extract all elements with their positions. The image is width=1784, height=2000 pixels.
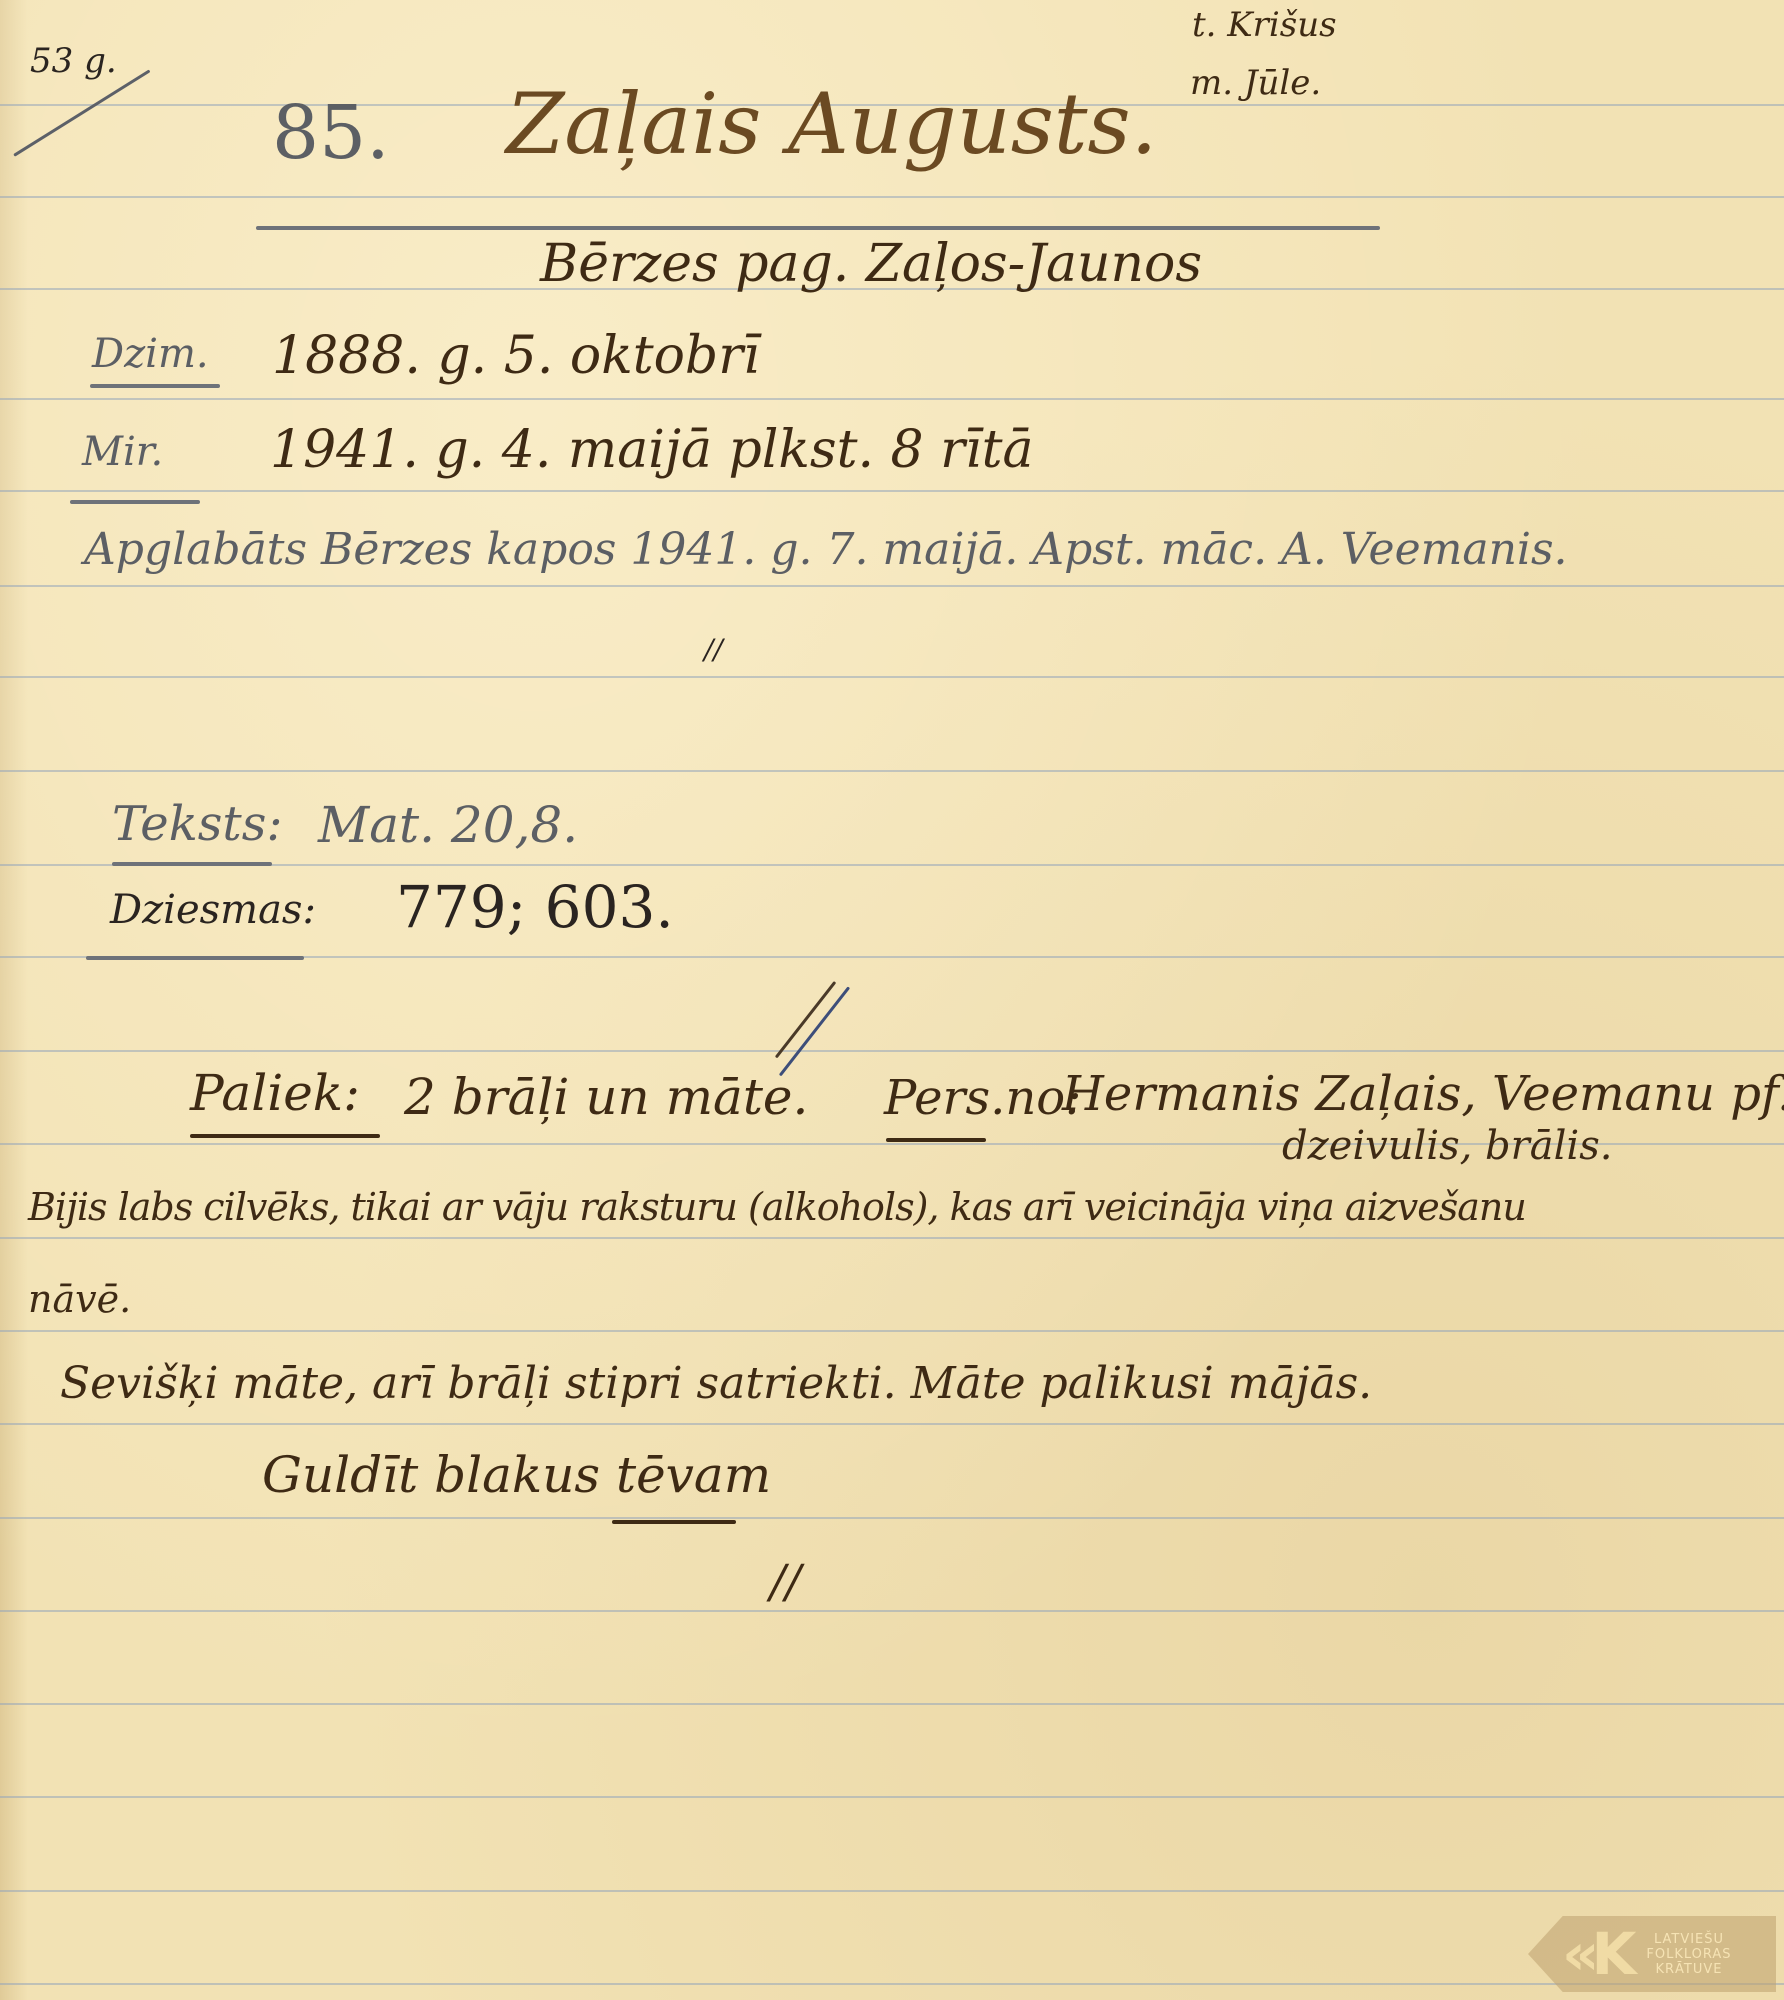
page-marker-stroke xyxy=(13,69,150,156)
songs-value: 779; 603. xyxy=(396,878,674,936)
died-value: 1941. g. 4. maijā plkst. 8 rītā xyxy=(270,424,1034,476)
insertion-stroke xyxy=(779,986,850,1076)
note-line-1: Bijis labs cilvēks, tikai ar vāju rakstu… xyxy=(28,1188,1526,1226)
ruling-line xyxy=(0,1330,1784,1332)
ruling-line xyxy=(0,1796,1784,1798)
corner-note-line-1: t. Krišus xyxy=(1192,8,1337,42)
ruling-line xyxy=(0,1237,1784,1239)
ruling-line xyxy=(0,1423,1784,1425)
ruling-line xyxy=(0,1517,1784,1519)
born-label-underline xyxy=(90,384,220,388)
survivors-label-underline xyxy=(190,1134,380,1138)
survivors-label: Paliek: xyxy=(190,1068,360,1118)
entry-number: 85. xyxy=(272,96,390,170)
location: Bērzes pag. Zaļos-Jaunos xyxy=(540,238,1202,290)
manuscript-page: 53 g. t. Krišus m. Jūle. 85. Zaļais Augu… xyxy=(0,0,1784,2000)
ruling-line xyxy=(0,1610,1784,1612)
sermon-text-underline xyxy=(112,862,272,866)
survivors-value: 2 brāļi un māte. xyxy=(404,1072,808,1122)
burial-record: Apglabāts Bērzes kapos 1941. g. 7. maijā… xyxy=(84,528,1568,572)
informant-label-underline xyxy=(886,1138,986,1142)
separator-mark: // xyxy=(770,1558,801,1604)
born-label: Dzim. xyxy=(92,334,209,374)
archive-logo-line-3: KRĀTUVE xyxy=(1646,1962,1731,1977)
separator-mark: // xyxy=(704,636,723,664)
sermon-text-label: Teksts: xyxy=(112,800,283,848)
ruling-line xyxy=(0,1050,1784,1052)
ruling-line xyxy=(0,770,1784,772)
archive-logo-text: LATVIEŠU FOLKLORAS KRĀTUVE xyxy=(1646,1932,1731,1977)
page-marker: 53 g. xyxy=(30,44,117,78)
archive-logo-line-2: FOLKLORAS xyxy=(1646,1947,1731,1962)
died-label: Mir. xyxy=(82,432,163,472)
archive-logo-line-1: LATVIEŠU xyxy=(1646,1932,1731,1947)
ruling-line xyxy=(0,676,1784,678)
ruling-line xyxy=(0,490,1784,492)
informant-value-line-2: dzeivulis, brālis. xyxy=(1282,1126,1612,1166)
closing-line-underline xyxy=(612,1520,736,1524)
born-value: 1888. g. 5. oktobrī xyxy=(272,330,760,382)
entry-name: Zaļais Augusts. xyxy=(506,82,1157,166)
note-line-1-end: nāvē. xyxy=(28,1280,131,1318)
died-label-underline xyxy=(70,500,200,504)
corner-note-line-2: m. Jūle. xyxy=(1190,66,1321,100)
heading-underline xyxy=(256,226,1380,230)
ruling-line xyxy=(0,585,1784,587)
informant-value: Hermanis Zaļais, Veemanu pf. xyxy=(1062,1070,1784,1118)
note-line-2: Sevišķi māte, arī brāļi stipri satriekti… xyxy=(60,1362,1372,1406)
closing-line: Guldīt blakus tēvam xyxy=(262,1450,771,1500)
songs-label-underline xyxy=(86,956,304,960)
songs-label: Dziesmas: xyxy=(110,890,316,930)
ruling-line xyxy=(0,1983,1784,1985)
ruling-line xyxy=(0,196,1784,198)
archive-watermark-logo: «K LATVIEŠU FOLKLORAS KRĀTUVE xyxy=(1528,1916,1776,1992)
sermon-text-value: Mat. 20,8. xyxy=(318,800,578,850)
ruling-line xyxy=(0,1890,1784,1892)
informant-label: Pers.no: xyxy=(884,1074,1081,1122)
ruling-line xyxy=(0,398,1784,400)
insertion-stroke xyxy=(775,981,836,1058)
ruling-line xyxy=(0,1703,1784,1705)
archive-logo-icon: «K xyxy=(1562,1920,1628,1988)
